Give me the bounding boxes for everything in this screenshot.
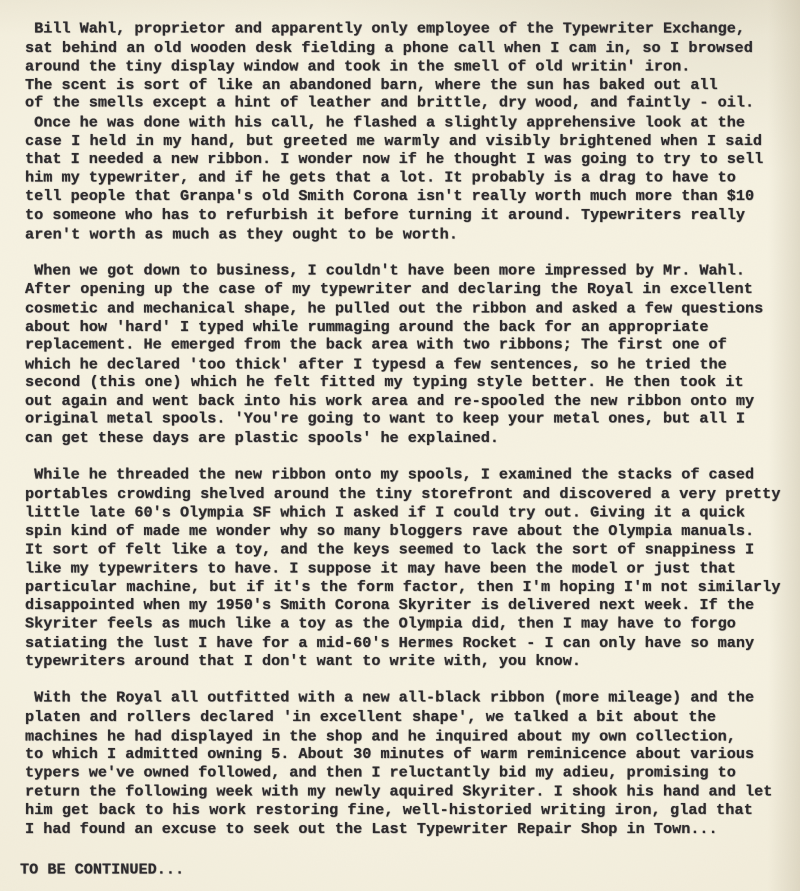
text-line: little late 60's Olympia SF which I aske… bbox=[25, 504, 790, 523]
text-line: While he threaded the new ribbon onto my… bbox=[25, 466, 790, 485]
text-line: around the tiny display window and took … bbox=[25, 58, 790, 77]
text-line: The scent is sort of like an abandoned b… bbox=[25, 76, 790, 95]
text-line: of the smells except a hint of leather a… bbox=[25, 94, 790, 113]
text-line: about how 'hard' I typed while rummaging… bbox=[25, 318, 790, 337]
text-line: case I held in my hand, but greeted me w… bbox=[25, 132, 790, 151]
text-line: to someone who has to refurbish it befor… bbox=[25, 206, 790, 225]
text-line: machines he had displayed in the shop an… bbox=[25, 727, 790, 746]
text-line: Bill Wahl, proprietor and apparently onl… bbox=[25, 20, 790, 39]
text-line: disappointed when my 1950's Smith Corona… bbox=[25, 596, 790, 615]
text-line: second (this one) which he felt fitted m… bbox=[25, 373, 790, 392]
text-line: typers we've owned followed, and then I … bbox=[25, 763, 790, 782]
text-line: Once he was done with his call, he flash… bbox=[25, 113, 790, 132]
text-line: out again and went back into his work ar… bbox=[25, 392, 790, 411]
text-line: sat behind an old wooden desk fielding a… bbox=[25, 39, 790, 58]
text-line: Skyriter feels as much like a toy as the… bbox=[25, 615, 790, 634]
text-line: portables crowding shelved around the ti… bbox=[25, 485, 790, 504]
text-line: tell people that Granpa's old Smith Coro… bbox=[25, 187, 790, 206]
paragraph: While he threaded the new ribbon onto my… bbox=[25, 466, 790, 671]
text-line: cosmetic and mechanical shape, he pulled… bbox=[25, 299, 790, 318]
text-line: After opening up the case of my typewrit… bbox=[25, 280, 790, 299]
text-line: typewriters around that I don't want to … bbox=[25, 652, 790, 671]
paragraph: With the Royal all outfitted with a new … bbox=[25, 689, 790, 838]
text-line: him my typewriter, and if he gets that a… bbox=[25, 168, 790, 187]
text-line: like my typewriters to have. I suppose i… bbox=[25, 560, 790, 579]
text-line: It sort of felt like a toy, and the keys… bbox=[25, 540, 790, 559]
text-line: which he declared 'too thick' after I ty… bbox=[25, 355, 790, 374]
paragraph: When we got down to business, I couldn't… bbox=[25, 262, 790, 448]
paragraph: Bill Wahl, proprietor and apparently onl… bbox=[25, 20, 790, 243]
text-line: aren't worth as much as they ought to be… bbox=[25, 225, 790, 244]
footer-to-be-continued: TO BE CONTINUED... bbox=[0, 861, 800, 880]
text-line: platen and rollers declared 'in excellen… bbox=[25, 708, 790, 727]
text-line: replacement. He emerged from the back ar… bbox=[25, 336, 790, 355]
text-line: satiating the lust I have for a mid-60's… bbox=[25, 634, 790, 653]
text-line: I had found an excuse to seek out the La… bbox=[25, 820, 790, 839]
text-line: to which I admitted owning 5. About 30 m… bbox=[25, 745, 790, 764]
text-line: that I needed a new ribbon. I wonder now… bbox=[25, 150, 790, 169]
text-line: spin kind of made me wonder why so many … bbox=[25, 522, 790, 541]
text-line: him get back to his work restoring fine,… bbox=[25, 801, 790, 820]
text-line: return the following week with my newly … bbox=[25, 783, 790, 802]
text-line: can get these days are plastic spools' h… bbox=[25, 429, 790, 448]
text-line: When we got down to business, I couldn't… bbox=[25, 261, 790, 280]
document-body: Bill Wahl, proprietor and apparently onl… bbox=[0, 0, 800, 838]
text-line: original metal spools. 'You're going to … bbox=[25, 410, 790, 429]
typewritten-page: Bill Wahl, proprietor and apparently onl… bbox=[0, 0, 800, 891]
text-line: With the Royal all outfitted with a new … bbox=[25, 689, 790, 708]
text-line: particular machine, but if it's the form… bbox=[25, 578, 790, 597]
